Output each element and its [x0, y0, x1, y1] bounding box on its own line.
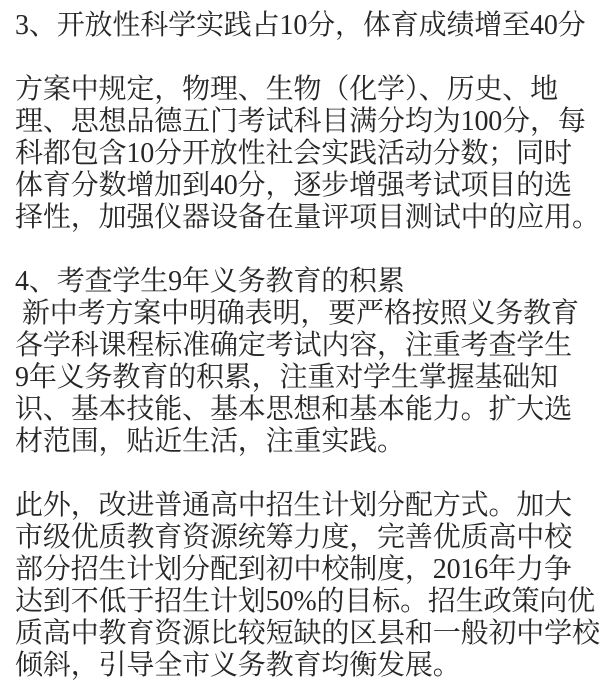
- text-line: 理、思想品德五门考试科目满分均为100分，每: [15, 106, 602, 138]
- text-line: 科都包含10分开放性社会实践活动分数；同时: [15, 138, 602, 170]
- heading-4-line: 4、考查学生9年义务教育的积累: [15, 266, 602, 298]
- text-line: 市级优质教育资源统筹力度，完善优质高中校: [15, 522, 602, 554]
- text-line: 择性，加强仪器设备在量评项目测试中的应用。: [15, 202, 602, 234]
- text-line: 体育分数增加到40分，逐步增强考试项目的选: [15, 170, 602, 202]
- text-line: 此外，改进普通高中招生计划分配方式。加大: [15, 490, 602, 522]
- text-line: 达到不低于招生计划50%的目标。招生政策向优: [15, 586, 602, 618]
- article-page: 3、开放性科学实践占10分，体育成绩增至40分 方案中规定，物理、生物（化学）、…: [0, 0, 602, 690]
- paragraph-enrollment-policy: 此外，改进普通高中招生计划分配方式。加大 市级优质教育资源统筹力度，完善优质高中…: [15, 490, 602, 682]
- text-line: 材范围，贴近生活，注重实践。: [15, 426, 602, 458]
- text-line: 各学科课程标准确定考试内容，注重考查学生: [15, 330, 602, 362]
- section-4-heading-and-paragraph: 4、考查学生9年义务教育的积累 新中考方案中明确表明，要严格按照义务教育 各学科…: [15, 266, 602, 458]
- text-line: 新中考方案中明确表明，要严格按照义务教育: [15, 298, 602, 330]
- paragraph-subject-scores: 方案中规定，物理、生物（化学）、历史、地 理、思想品德五门考试科目满分均为100…: [15, 74, 602, 234]
- section-3-heading: 3、开放性科学实践占10分，体育成绩增至40分: [15, 10, 602, 42]
- text-line: 识、基本技能、基本思想和基本能力。扩大选: [15, 394, 602, 426]
- text-line: 倾斜，引导全市义务教育均衡发展。: [15, 650, 602, 682]
- text-line: 方案中规定，物理、生物（化学）、历史、地: [15, 74, 602, 106]
- text-line: 9年义务教育的积累，注重对学生掌握基础知: [15, 362, 602, 394]
- text-line: 部分招生计划分配到初中校制度，2016年力争: [15, 554, 602, 586]
- text-line: 质高中教育资源比较短缺的区县和一般初中学校: [15, 618, 602, 650]
- heading-3-line: 3、开放性科学实践占10分，体育成绩增至40分: [15, 10, 602, 42]
